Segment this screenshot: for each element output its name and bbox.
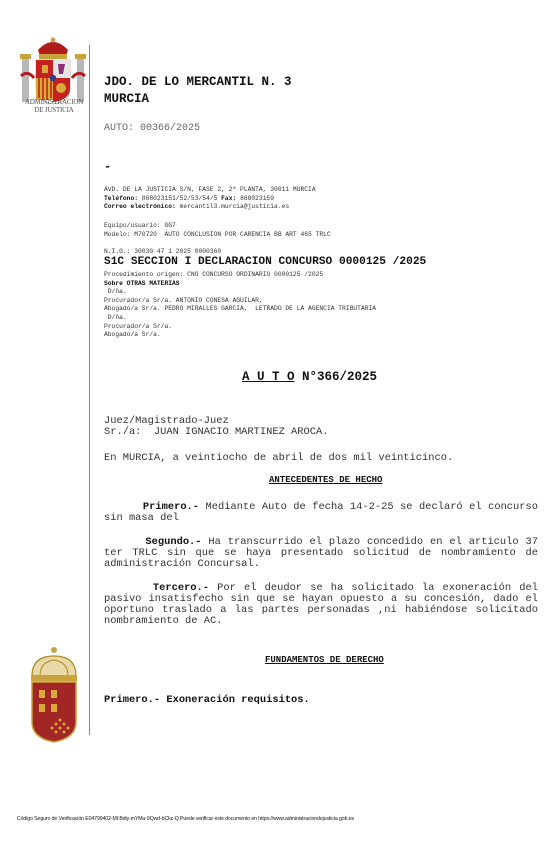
title-number: N°366/2025 bbox=[295, 370, 378, 384]
fundamento-primero: Primero.- Exoneración requisitos. bbox=[104, 694, 310, 706]
fax-label: Fax: bbox=[221, 195, 236, 202]
antecedente-segundo: Segundo.- Ha transcurrido el plazo conce… bbox=[104, 537, 538, 570]
email: mercantil3.murcia@justicia.es bbox=[180, 203, 290, 210]
antecedentes-heading: ANTECEDENTES DE HECHO bbox=[269, 475, 382, 485]
fundamentos-heading: FUNDAMENTOS DE DERECHO bbox=[265, 655, 384, 665]
caption-line-1: ADMINISTRACION bbox=[15, 98, 93, 106]
modelo: Modelo: M70720 AUTO CONCLUSION POR CAREN… bbox=[104, 231, 331, 240]
sobre-text: Sobre OTRAS MATERIAS bbox=[104, 280, 180, 287]
margin-divider bbox=[89, 45, 90, 735]
dash-mark: - bbox=[104, 160, 111, 174]
antecedente-primero: Primero.- Mediante Auto de fecha 14-2-25… bbox=[104, 502, 538, 524]
party-line: D/ña. bbox=[104, 314, 376, 323]
phone: 868023151/52/53/54/5 bbox=[142, 195, 218, 202]
judge-role: Juez/Magistrado-Juez bbox=[104, 416, 328, 427]
party-line: Abogado/a Sr/a. PEDRO MIRALLES GARCIA, L… bbox=[104, 305, 376, 314]
sobre: Sobre OTRAS MATERIAS bbox=[104, 280, 376, 289]
judge-block: Juez/Magistrado-JuezSr./a: JUAN IGNACIO … bbox=[104, 416, 328, 437]
fax: 868023159 bbox=[240, 195, 274, 202]
party-line: D/ña. bbox=[104, 288, 376, 297]
equipo-usuario: Equipo/usuario: GG7 bbox=[104, 222, 331, 231]
administracion-justicia-caption: ADMINISTRACION DE JUSTICIA bbox=[15, 98, 93, 114]
phone-line: Teléfono: 868023151/52/53/54/5 Fax: 8680… bbox=[104, 195, 316, 204]
party-line: Abogado/a Sr/a. bbox=[104, 331, 376, 340]
case-details: Procedimiento origen: CNO CONCURSO ORDIN… bbox=[104, 271, 376, 340]
murcia-coat-of-arms-icon bbox=[26, 646, 82, 746]
verification-footer: Código Seguro de Verificación E04799402-… bbox=[17, 816, 354, 822]
antecedente-tercero: Tercero.- Por el deudor se ha solicitado… bbox=[104, 583, 538, 627]
address: AVD. DE LA JUSTICIA S/N, FASE 2, 2ª PLAN… bbox=[104, 186, 316, 195]
court-line-1: JDO. DE LO MERCANTIL N. 3 bbox=[104, 74, 292, 91]
auto-reference: AUTO: 00366/2025 bbox=[104, 123, 200, 134]
place-date: En MURCIA, a veintiocho de abril de dos … bbox=[104, 453, 453, 464]
party-line: Procurador/a Sr/a. ANTONIO CONESA AGUILA… bbox=[104, 297, 376, 306]
email-label: Correo electrónico: bbox=[104, 203, 176, 210]
procedimiento-origen: Procedimiento origen: CNO CONCURSO ORDIN… bbox=[104, 271, 376, 280]
title-auto: A U T O bbox=[242, 370, 295, 384]
case-section-title: S1C SECCION I DECLARACION CONCURSO 00001… bbox=[104, 256, 426, 268]
party-line: Procurador/a Sr/a. bbox=[104, 323, 376, 332]
email-line: Correo electrónico: mercantil3.murcia@ju… bbox=[104, 203, 316, 212]
court-name: JDO. DE LO MERCANTIL N. 3 MURCIA bbox=[104, 74, 292, 108]
contact-block: AVD. DE LA JUSTICIA S/N, FASE 2, 2ª PLAN… bbox=[104, 186, 316, 212]
document-title: A U T O N°366/2025 bbox=[242, 370, 377, 384]
meta-block: Equipo/usuario: GG7Modelo: M70720 AUTO C… bbox=[104, 222, 331, 239]
caption-line-2: DE JUSTICIA bbox=[15, 106, 93, 114]
court-line-2: MURCIA bbox=[104, 91, 292, 108]
judge-name: Sr./a: JUAN IGNACIO MARTINEZ AROCA. bbox=[104, 427, 328, 438]
phone-label: Teléfono: bbox=[104, 195, 138, 202]
